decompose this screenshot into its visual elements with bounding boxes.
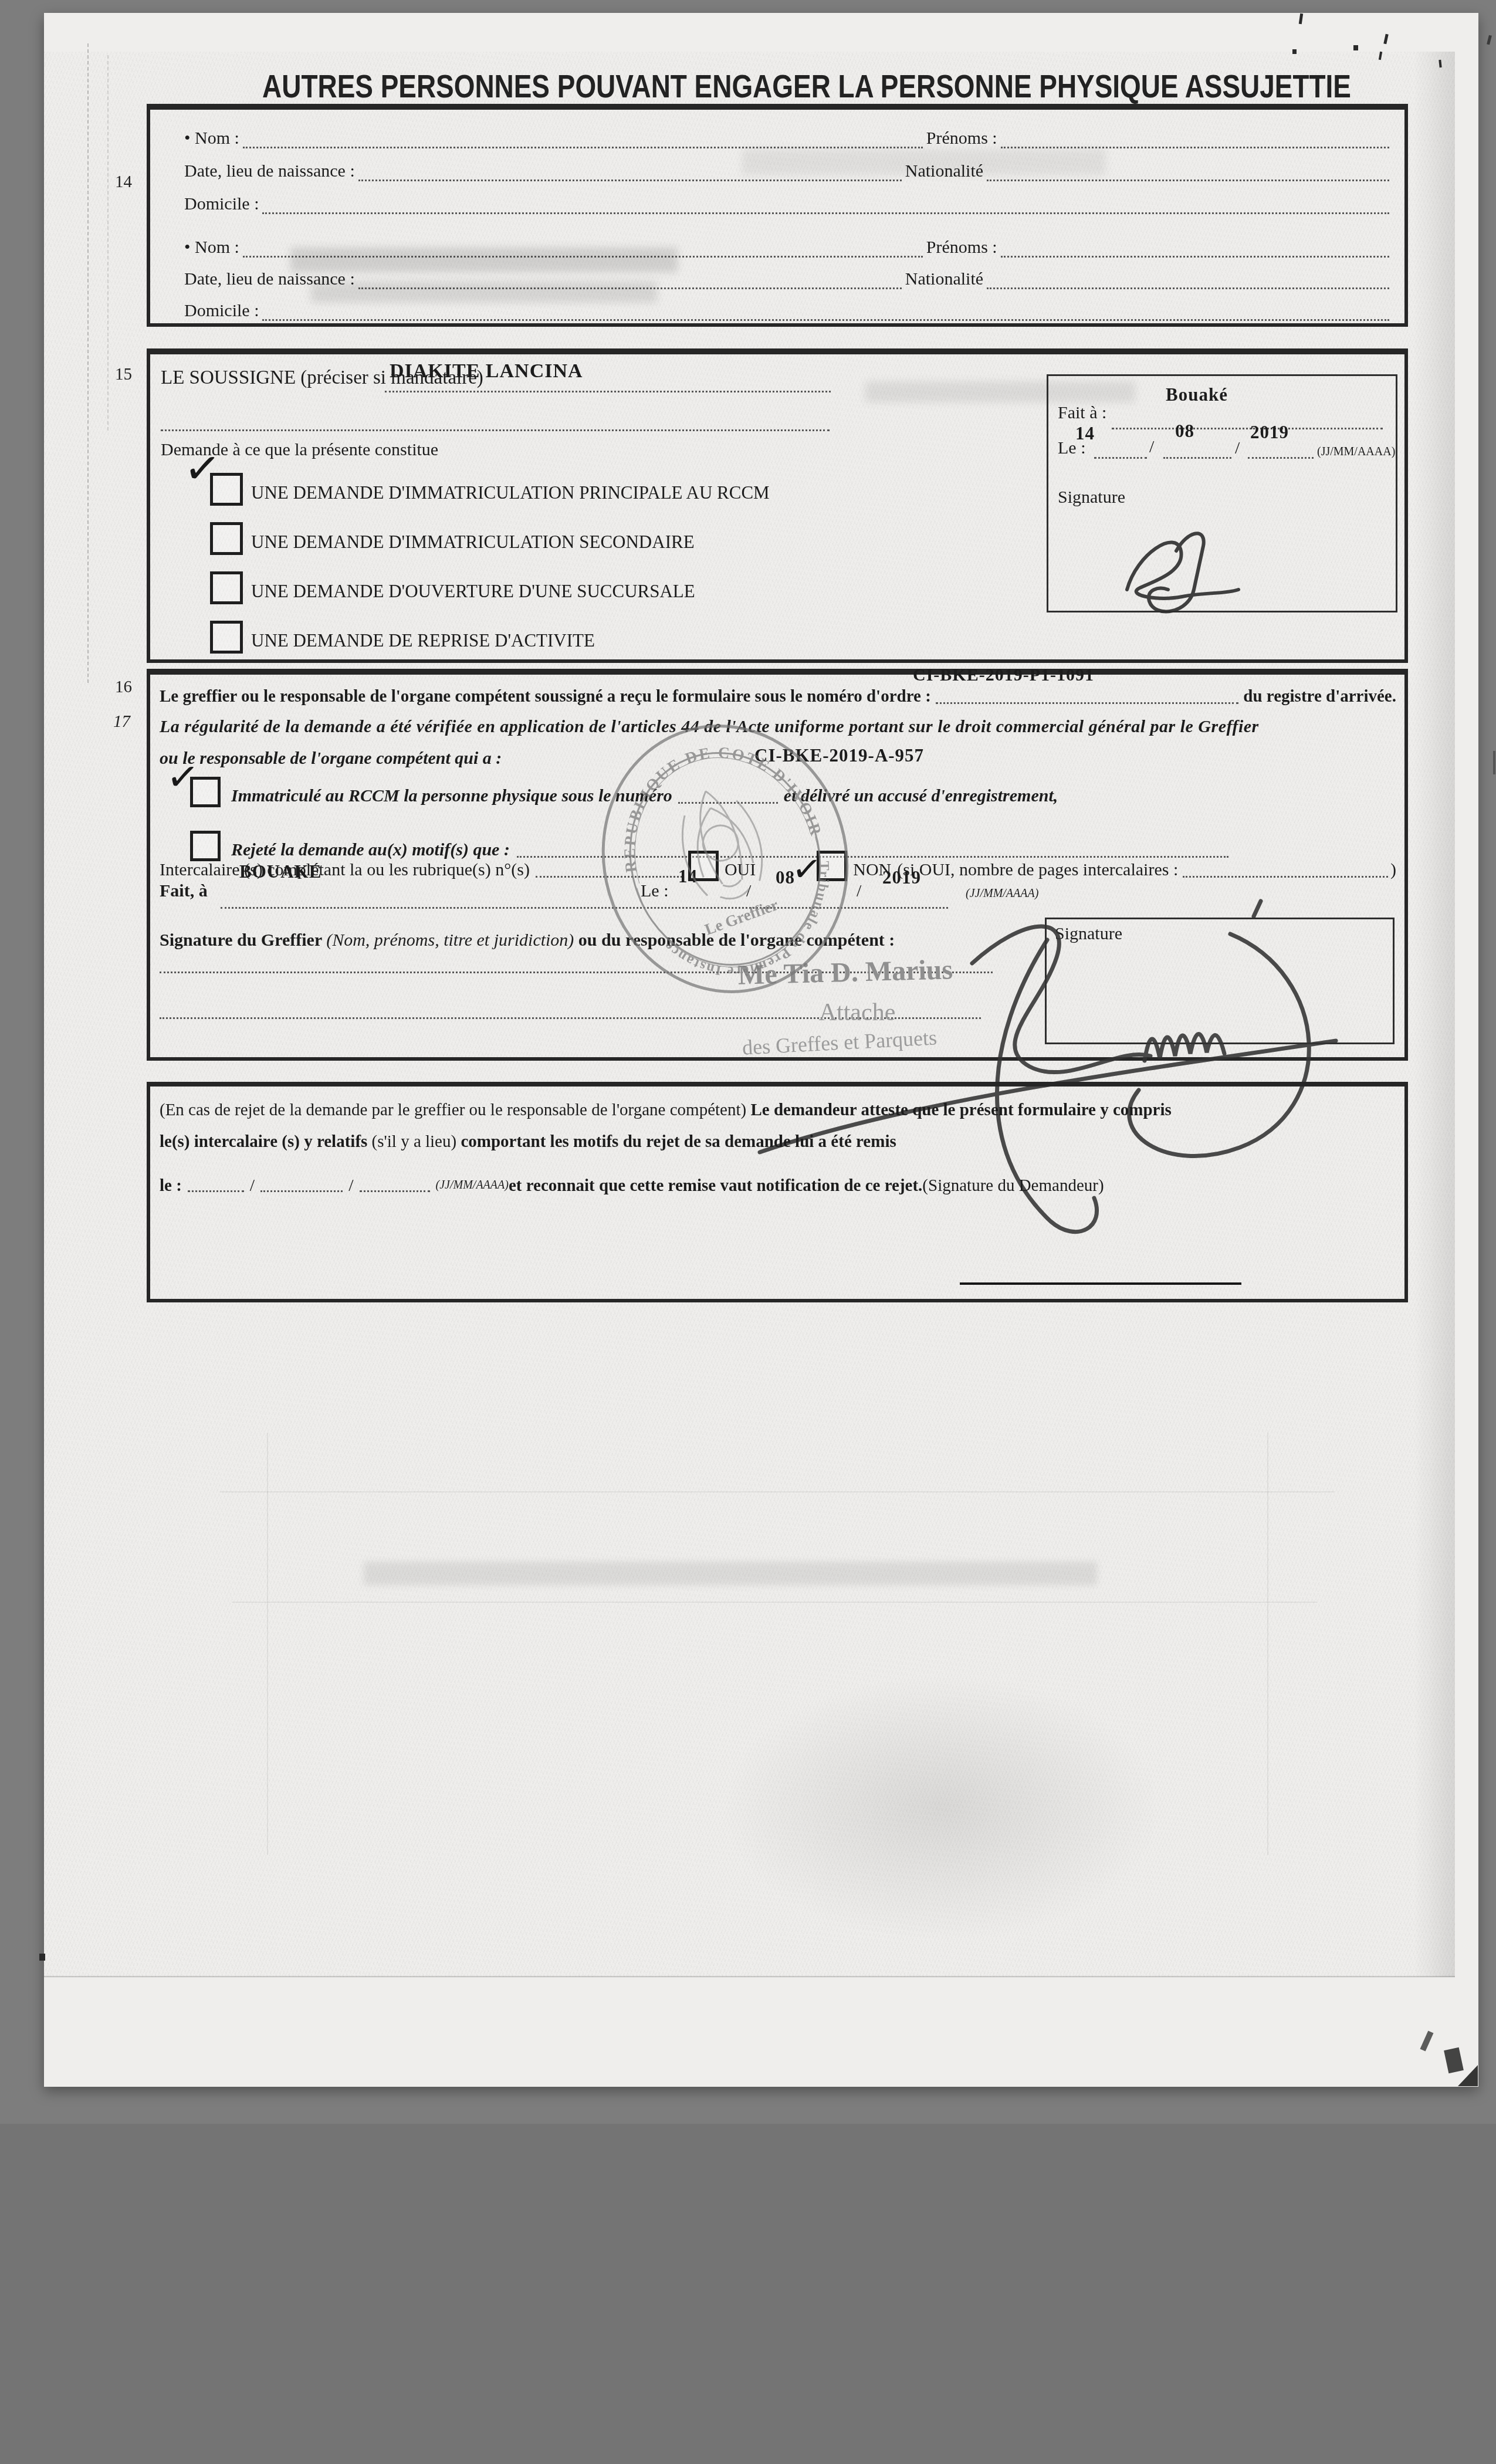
bleed-through-emblem: [719, 1673, 1165, 1943]
section-14-box: • Nom : Prénoms : Date, lieu de naissanc…: [147, 104, 1408, 327]
demande-secondaire-checkbox[interactable]: [210, 522, 243, 555]
rejection-normal1: (En cas de rejet de la demande par le gr…: [160, 1101, 750, 1119]
section-15-box: LE SOUSSIGNE (préciser si mandataire) DI…: [147, 348, 1408, 663]
option-label: UNE DEMANDE DE REPRISE D'ACTIVITE: [251, 630, 595, 651]
naissance-row: Date, lieu de naissance : Nationalité: [184, 261, 1389, 289]
applicant-signature: [1105, 520, 1257, 620]
prenoms-label: Prénoms :: [926, 238, 997, 258]
prenoms-field-line[interactable]: [1001, 248, 1389, 258]
pen-mark: [39, 1954, 45, 1961]
domicile-field-line[interactable]: [262, 204, 1389, 214]
scanned-page: AUTRES PERSONNES POUVANT ENGAGER LA PERS…: [44, 13, 1478, 2087]
rejection-normal3: (Signature du Demandeur): [922, 1176, 1104, 1196]
nom-label: • Nom :: [184, 128, 239, 148]
demandeur-signature-line[interactable]: [960, 1282, 1241, 1285]
declarant-name-value[interactable]: DIAKITE LANCINA: [390, 360, 583, 383]
date-field-line[interactable]: [1094, 457, 1147, 459]
nom-field-line[interactable]: [243, 248, 923, 258]
intercalaire-suffix: (si OUI, nombre de pages intercalaires :: [897, 860, 1178, 880]
bleed-through-text: [364, 1562, 1097, 1585]
option-row: UNE DEMANDE D'IMMATRICULATION SECONDAIRE: [210, 524, 695, 555]
intercalaire-label: Intercalaire (s) complétant la ou les ru…: [160, 860, 530, 880]
section-16-number: 16: [115, 678, 132, 697]
pages-intercalaires-field-line[interactable]: [1183, 868, 1388, 878]
option-row: UNE DEMANDE DE REPRISE D'ACTIVITE: [210, 623, 595, 654]
corner-smudge: [1420, 2030, 1434, 2051]
fait-a-label: Fait, à: [160, 881, 208, 901]
ouverture-succursale-checkbox[interactable]: [210, 571, 243, 604]
option-label: UNE DEMANDE D'OUVERTURE D'UNE SUCCURSALE: [251, 581, 695, 602]
rejection-line1: (En cas de rejet de la demande par le gr…: [160, 1101, 1172, 1120]
ink-speck: [1383, 34, 1388, 45]
domicile-label: Domicile :: [184, 301, 259, 321]
bleed-through-line: [267, 1433, 268, 1855]
ink-speck: [1299, 13, 1303, 25]
domicile-row: Domicile :: [184, 293, 1389, 321]
date-format-hint: (JJ/MM/AAAA): [436, 1179, 509, 1192]
declarant-name-line2[interactable]: [161, 429, 830, 431]
section-15-number: 15: [115, 365, 132, 384]
rejection-date-row: le : / / (JJ/MM/AAAA) et reconnait que c…: [160, 1167, 1104, 1196]
fait-a-field-line[interactable]: [1112, 428, 1383, 429]
sig-greffier-italic: (Nom, prénoms, titre et juridiction): [326, 930, 574, 950]
nationalite-field-line[interactable]: [987, 279, 1389, 289]
nom-field-line[interactable]: [243, 138, 923, 148]
section-14-number: 14: [115, 172, 132, 192]
ink-speck: [1353, 45, 1358, 50]
date-slash: /: [250, 1176, 255, 1196]
ink-speck: [1292, 49, 1297, 54]
naissance-field-line[interactable]: [358, 171, 902, 181]
nationalite-label: Nationalité: [905, 161, 983, 181]
bleed-through-line: [220, 1491, 1335, 1492]
naissance-label: Date, lieu de naissance :: [184, 269, 355, 289]
naissance-row: Date, lieu de naissance : Nationalité: [184, 153, 1389, 181]
reprise-activite-checkbox[interactable]: [210, 621, 243, 654]
receipt-text-after: du registre d'arrivée.: [1243, 687, 1396, 706]
corner-smudge: [1444, 2047, 1464, 2074]
nom-row: • Nom : Prénoms :: [184, 120, 1389, 148]
rejection-box: (En cas de rejet de la demande par le gr…: [147, 1082, 1408, 1302]
demande-principale-checkbox[interactable]: [210, 473, 243, 506]
city-value[interactable]: BOUAKE: [239, 861, 321, 882]
immatricule-checkbox[interactable]: [190, 777, 221, 807]
declarant-name-line[interactable]: [385, 391, 831, 392]
rejection-day-line[interactable]: [188, 1182, 244, 1192]
sig-greffier-bold: Signature du Greffier: [160, 930, 326, 950]
close-paren: ): [1390, 860, 1396, 880]
scan-artifact: [1487, 35, 1492, 45]
rejection-bold2: le(s) intercalaire (s) y relatifs: [160, 1132, 372, 1151]
signature-label: Signature: [1058, 488, 1125, 507]
date-format-hint: (JJ/MM/AAAA): [1317, 445, 1395, 459]
order-number-field-line[interactable]: [936, 694, 1239, 704]
fait-signature-box: Fait à : Bouaké Le : 14 / 08 / 2019 (JJ/…: [1047, 374, 1397, 612]
rejection-normal2: (s'il y a lieu): [372, 1132, 461, 1151]
year-value[interactable]: 2019: [1250, 422, 1289, 443]
bleed-through-line: [1267, 1433, 1268, 1855]
nom-row: • Nom : Prénoms :: [184, 229, 1389, 258]
rejection-bold4: et reconnait que cette remise vaut notif…: [509, 1176, 922, 1196]
crease-shadow: [44, 1976, 1455, 1978]
prenoms-field-line[interactable]: [1001, 138, 1389, 148]
scan-artifact: [1493, 751, 1495, 774]
rejection-bold3: comportant les motifs du rejet de sa dem…: [461, 1132, 896, 1151]
date-field-line[interactable]: [1248, 457, 1314, 459]
date-slash: /: [1235, 438, 1240, 458]
rejection-bold1: Le demandeur atteste que le présent form…: [750, 1101, 1171, 1119]
corner-smudge: [1458, 2065, 1478, 2086]
regularite-paragraph-line2: ou le responsable de l'organe compétent …: [160, 749, 502, 769]
naissance-field-line[interactable]: [358, 279, 902, 289]
ink-speck: [1379, 52, 1382, 60]
year-value[interactable]: 2019: [882, 867, 921, 888]
nom-label: • Nom :: [184, 238, 239, 258]
bleed-through-line: [232, 1602, 1317, 1603]
prenoms-label: Prénoms :: [926, 128, 997, 148]
ink-speck: [1439, 60, 1441, 67]
option-row: UNE DEMANDE D'IMMATRICULATION PRINCIPALE…: [210, 475, 770, 506]
section-17-number: 17: [113, 712, 130, 732]
month-value[interactable]: 08: [1175, 421, 1194, 442]
day-value[interactable]: 14: [1075, 423, 1095, 444]
receipt-text-before: Le greffier ou le responsable de l'organ…: [160, 687, 931, 706]
scanner-background: AUTRES PERSONNES POUVANT ENGAGER LA PERS…: [0, 0, 1496, 2464]
option-label: UNE DEMANDE D'IMMATRICULATION PRINCIPALE…: [251, 482, 770, 503]
city-value[interactable]: Bouaké: [1166, 384, 1228, 405]
nationalite-field-line[interactable]: [987, 171, 1389, 181]
rejection-year-line[interactable]: [360, 1182, 430, 1192]
date-field-line[interactable]: [1163, 457, 1231, 459]
rejection-line2: le(s) intercalaire (s) y relatifs (s'il …: [160, 1132, 896, 1152]
fold-line: [87, 43, 89, 683]
option-label: UNE DEMANDE D'IMMATRICULATION SECONDAIRE: [251, 532, 695, 553]
nationalite-label: Nationalité: [905, 269, 983, 289]
remis-le-label: le :: [160, 1176, 182, 1196]
greffier-receipt-row: Le greffier ou le responsable de l'organ…: [160, 679, 1396, 706]
domicile-label: Domicile :: [184, 194, 259, 214]
domicile-field-line[interactable]: [262, 311, 1389, 321]
rejection-month-line[interactable]: [260, 1182, 343, 1192]
page-title: AUTRES PERSONNES POUVANT ENGAGER LA PERS…: [262, 67, 1351, 105]
fold-line: [107, 55, 109, 431]
date-slash: /: [348, 1176, 353, 1196]
naissance-label: Date, lieu de naissance :: [184, 161, 355, 181]
fait-a-label: Fait à :: [1058, 403, 1106, 423]
domicile-row: Domicile :: [184, 186, 1389, 214]
date-slash: /: [1149, 437, 1154, 457]
option-row: UNE DEMANDE D'OUVERTURE D'UNE SUCCURSALE: [210, 574, 695, 604]
